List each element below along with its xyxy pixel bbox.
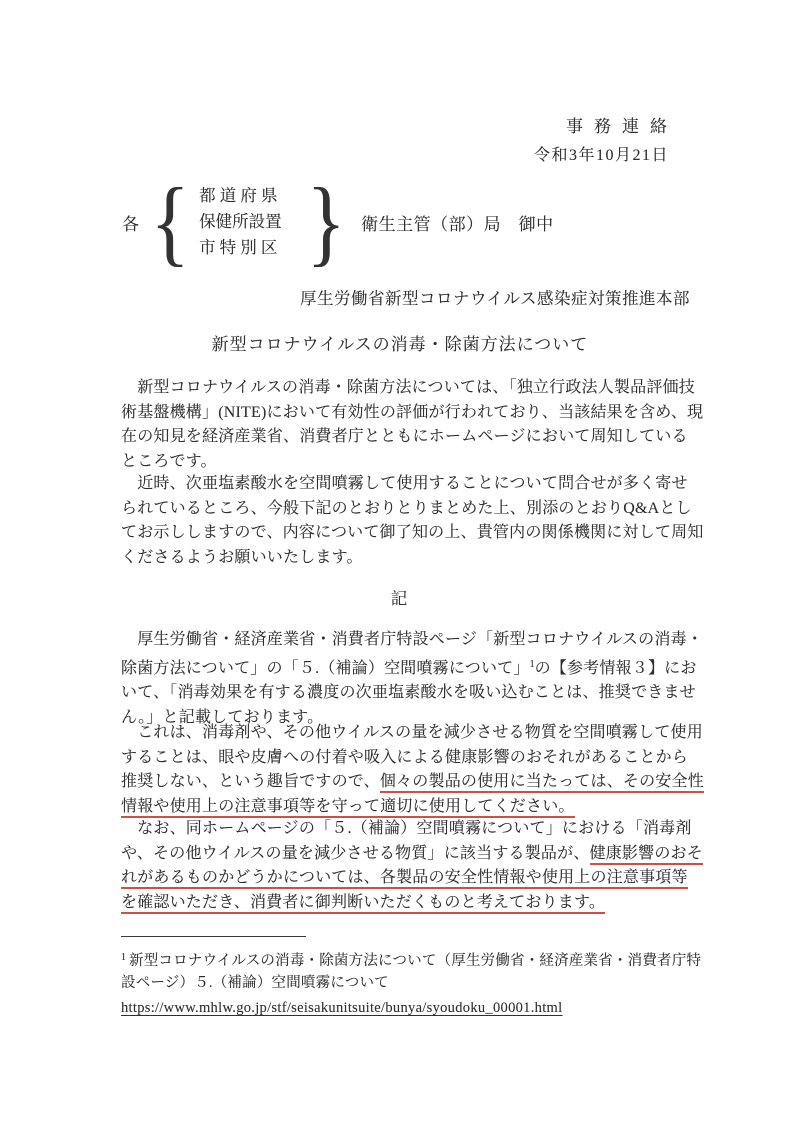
paragraph-2: 近時、次亜塩素酸水を空間噴霧して使用することについて問合せが多く寄せ られている…: [121, 472, 696, 570]
red-underlined-text: を確認いただき、消費者に御判断いただくものと考えております。: [121, 894, 605, 914]
addressee-suffix: 衛生主管（部）局 御中: [361, 210, 554, 235]
paragraph-3: 厚生労働省・経済産業省・消費者庁特設ページ「新型コロナウイルスの消毒・ 除菌方法…: [121, 628, 696, 730]
addressee-item-prefectures: 都 道 府 県: [199, 186, 277, 205]
footnote-separator: [121, 936, 306, 937]
paragraph-line: 除菌方法について」の「５.（補論）空間噴霧について」1の【参考情報３】にお: [121, 653, 696, 682]
paragraph-line: 在の知見を経済産業省、消費者庁とともにホームページにおいて周知している: [121, 425, 696, 450]
paragraph-line: や、その他ウイルスの量を減少させる物質」に該当する製品が、健康影響のおそ: [121, 842, 696, 867]
paragraph-1: 新型コロナウイルスの消毒・除菌方法については、「独立行政法人製品評価技 術基盤機…: [121, 376, 696, 474]
paragraph-line: れがあるものかどうかについては、各製品の安全性情報や使用上の注意事項等: [121, 866, 696, 891]
paragraph-line: を確認いただき、消費者に御判断いただくものと考えております。: [121, 891, 696, 916]
red-underlined-text: 情報や使用上の注意事項等を守って適切に使用してください。: [121, 798, 575, 818]
paragraph-text: や、その他ウイルスの量を減少させる物質」に該当する製品が、: [121, 845, 590, 862]
addressee-list: 都 道 府 県 保健所設置市 特 別 区: [199, 183, 297, 261]
addressee-block: 各 { 都 道 府 県 保健所設置市 特 別 区 } 衛生主管（部）局 御中: [122, 176, 554, 268]
addressee-prefix: 各: [122, 210, 139, 235]
paragraph-line: 術基盤機構」(NITE)において有効性の評価が行われており、当該結果を含め、現: [121, 401, 696, 426]
paragraph-line: 近時、次亜塩素酸水を空間噴霧して使用することについて問合せが多く寄せ: [121, 472, 696, 497]
footnote-line: https://www.mhlw.go.jp/stf/seisakunitsui…: [121, 997, 697, 1019]
red-underlined-text: 健康影響のおそ: [590, 845, 703, 865]
paragraph-5: なお、同ホームページの「５.（補論）空間噴霧について」における「消毒剤 や、その…: [121, 817, 696, 915]
paragraph-line: 情報や使用上の注意事項等を守って適切に使用してください。: [121, 795, 696, 820]
red-underlined-text: 個々の製品の使用に当たっては、その安全性: [380, 773, 704, 793]
left-brace: {: [150, 178, 189, 266]
footnote-line: 1新型コロナウイルスの消毒・除菌方法について（厚生労働省・経済産業省・消費者庁特: [121, 947, 697, 972]
right-brace: }: [307, 178, 346, 266]
paragraph-line: てお示ししますので、内容について御了知の上、貴管内の関係機関に対して周知: [121, 521, 696, 546]
paragraph-line: なお、同ホームページの「５.（補論）空間噴霧について」における「消毒剤: [121, 817, 696, 842]
scanned-document-page: 事務連絡 令和3年10月21日 各 { 都 道 府 県 保健所設置市 特 別 区…: [0, 0, 800, 1131]
doc-type-label: 事務連絡: [566, 112, 678, 137]
paragraph-line: いて、「消毒効果を有する濃度の次亜塩素酸水を吸い込むことは、推奨できませ: [121, 681, 696, 706]
addressee-item-special-wards: 特 別 区: [220, 238, 278, 257]
footnote-text: 新型コロナウイルスの消毒・除菌方法について（厚生労働省・経済産業省・消費者庁特: [129, 953, 701, 969]
heading-ki: 記: [114, 585, 686, 609]
footnote-url: https://www.mhlw.go.jp/stf/seisakunitsui…: [121, 1000, 562, 1016]
sender-line: 厚生労働省新型コロナウイルス感染症対策推進本部: [120, 285, 690, 309]
paragraph-text: 推奨しない、という趣旨ですので、: [121, 773, 380, 790]
paragraph-line: ところです。: [121, 450, 696, 475]
paragraph-4: これは、消毒剤や、その他ウイルスの量を減少させる物質を空間噴霧して使用 すること…: [121, 721, 696, 819]
paragraph-line: これは、消毒剤や、その他ウイルスの量を減少させる物質を空間噴霧して使用: [121, 721, 696, 746]
red-underlined-text: れがあるものかどうかについては、各製品の安全性情報や使用上の注意事項等: [121, 869, 688, 889]
paragraph-line: 推奨しない、という趣旨ですので、個々の製品の使用に当たっては、その安全性: [121, 770, 696, 795]
paragraph-line: 厚生労働省・経済産業省・消費者庁特設ページ「新型コロナウイルスの消毒・: [121, 628, 696, 653]
paragraph-line: られているところ、今般下記のとおりとりまとめた上、別添のとおりQ&Aとし: [121, 497, 696, 522]
paragraph-line: 新型コロナウイルスの消毒・除菌方法については、「独立行政法人製品評価技: [121, 376, 696, 401]
paragraph-line: することは、眼や皮膚への付着や吸入による健康影響のおそれがあることから: [121, 746, 696, 771]
document-title: 新型コロナウイルスの消毒・除菌方法について: [114, 330, 686, 355]
doc-date: 令和3年10月21日: [534, 142, 669, 165]
paragraph-line: くださるようお願いいたします。: [121, 546, 696, 571]
footnote-line: 設ページ）５.（補論）空間噴霧について: [121, 972, 697, 994]
paragraph-text: 除菌方法について」の「５.（補論）空間噴霧について」: [121, 660, 530, 677]
paragraph-text: の【参考情報３】にお: [535, 660, 697, 677]
footnote-marker: 1: [121, 952, 126, 963]
